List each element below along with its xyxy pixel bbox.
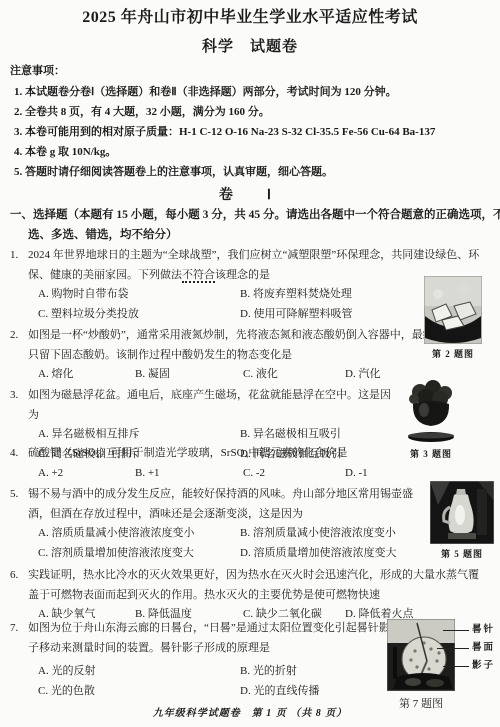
option-b: B. 光的折射 <box>240 662 297 682</box>
question-number: 6. <box>10 566 18 586</box>
figure-question-3: 第 3 题图 <box>400 380 462 460</box>
question-number: 1. <box>10 246 18 266</box>
stem-text: 该理念的是 <box>215 269 270 281</box>
option-a: A. 熔化 <box>38 365 135 385</box>
figure-caption: 第 5 题图 <box>430 548 494 560</box>
option-b: B. 异名磁极相互吸引 <box>240 425 341 445</box>
option-d: D. 溶质质量增加使溶液浓度变大 <box>240 544 396 564</box>
section-heading: 一、选择题（本题有 15 小题，每小题 3 分，共 45 分。请选出各题中一个符… <box>10 206 500 245</box>
question-5: 5. 锡不易与酒中的成分发生反应，能较好保持酒的风味。舟山部分地区常用锡壶盛酒，… <box>10 485 492 563</box>
option-c: C. 液化 <box>243 365 345 385</box>
option-d: D. -1 <box>345 464 368 484</box>
emphasized-text: 不符合 <box>182 269 215 283</box>
question-number: 2. <box>10 326 18 346</box>
question-stem: 硫酸锶（SrSO₄）可用于制造光学玻璃，SrSO₄中锶元素的化合价是 <box>28 444 398 464</box>
option-a: A. 溶质质量减小使溶液浓度变小 <box>38 524 240 544</box>
question-stem: 如图为磁悬浮花盆。通电后，底座产生磁场，花盆就能悬浮在空中。这是因为 <box>28 386 398 425</box>
notice-item: 5. 答题时请仔细阅读答题卷上的注意事项，认真审题，细心答题。 <box>14 162 492 182</box>
question-stem: 实践证明，热水比冷水的灭火效果更好，因为热水在灭火时会迅速汽化，形成的大量水蒸气… <box>28 566 483 605</box>
question-number: 5. <box>10 485 18 505</box>
exam-paper-page: 2025 年舟山市初中毕业生学业水平适应性考试 科学 试题卷 注意事项： 1. … <box>0 0 500 727</box>
question-1: 1. 2024 年世界地球日的主题为“全球战塑”，我们应树立“减塑限塑”环保理念… <box>10 246 492 324</box>
question-6: 6. 实践证明，热水比冷水的灭火效果更好，因为热水在灭火时会迅速汽化，形成的大量… <box>10 566 492 625</box>
question-stem: 2024 年世界地球日的主题为“全球战塑”，我们应树立“减塑限塑”环保理念，共同… <box>28 246 480 285</box>
figure-caption: 第 2 题图 <box>424 348 482 360</box>
notice-item: 4. 本卷 g 取 10N/kg。 <box>14 142 492 162</box>
notices-label: 注意事项： <box>10 62 65 82</box>
option-a: A. 异名磁极相互排斥 <box>38 425 240 445</box>
option-a: A. 购物时自带布袋 <box>38 285 240 305</box>
option-d: D. 光的直线传播 <box>240 682 319 702</box>
notices-list: 1. 本试题卷分卷Ⅰ（选择题）和卷Ⅱ（非选择题）两部分，考试时间为 120 分钟… <box>14 82 492 182</box>
volume-heading: 卷 Ⅰ <box>0 186 500 206</box>
question-number: 3. <box>10 386 18 406</box>
notice-item: 2. 全卷共 8 页，有 4 大题，32 小题，满分为 160 分。 <box>14 102 492 122</box>
option-d: D. 使用可降解塑料吸管 <box>240 305 352 325</box>
option-c: C. 溶剂质量增加使溶液浓度变大 <box>38 544 240 564</box>
label-shadow: 影子 <box>472 660 495 672</box>
label-leader-line <box>437 648 469 649</box>
label-leader-line <box>443 666 469 667</box>
question-2: 2. 如图是一杯“炒酸奶”，通常采用液氮炒制，先将液态氮和液态酸奶倒入容器中，最… <box>10 326 492 385</box>
tin-pot-photo <box>430 481 494 544</box>
notice-item: 1. 本试题卷分卷Ⅰ（选择题）和卷Ⅱ（非选择题）两部分，考试时间为 120 分钟… <box>14 82 492 102</box>
exam-title: 2025 年舟山市初中毕业生学业水平适应性考试 <box>0 8 500 28</box>
option-a: A. 光的反射 <box>38 662 240 682</box>
levitating-flowerpot-photo <box>400 380 462 444</box>
figure-question-5: 第 5 题图 <box>430 481 494 560</box>
question-stem: 如图是一杯“炒酸奶”，通常采用液氮炒制，先将液态氮和液态酸奶倒入容器中，最终只留… <box>28 326 440 365</box>
option-b: B. 凝固 <box>135 365 243 385</box>
question-stem: 如图为位于舟山东海云廊的日晷台，“日晷”是通过太阳位置变化引起晷针影子移动来测量… <box>28 619 390 658</box>
option-c: C. 塑料垃圾分类投放 <box>38 305 240 325</box>
figure-caption: 第 3 题图 <box>400 448 462 460</box>
fried-yogurt-photo <box>424 276 482 344</box>
question-number: 4. <box>10 444 18 464</box>
page-footer: 九年级科学试题卷 第 1 页 （共 8 页） <box>0 704 500 724</box>
option-d: D. 汽化 <box>345 365 380 385</box>
figure-question-2: 第 2 题图 <box>424 276 482 360</box>
exam-subtitle: 科学 试题卷 <box>0 38 500 58</box>
label-gnomon: 晷针 <box>472 624 495 636</box>
figure-question-7: 晷针 晷面 影子 第 7 题图 <box>387 619 500 711</box>
option-c: C. 光的色散 <box>38 682 240 702</box>
label-dial-face: 晷面 <box>472 642 495 654</box>
option-c: C. -2 <box>243 464 345 484</box>
option-b: B. +1 <box>135 464 243 484</box>
label-leader-line <box>443 630 469 631</box>
question-number: 7. <box>10 619 18 639</box>
option-a: A. +2 <box>38 464 135 484</box>
option-b: B. 将废弃塑料焚烧处理 <box>240 285 352 305</box>
option-b: B. 溶剂质量减小使溶液浓度变小 <box>240 524 396 544</box>
question-stem: 锡不易与酒中的成分发生反应，能较好保持酒的风味。舟山部分地区常用锡壶盛酒，但酒在… <box>28 485 428 524</box>
notice-item: 3. 本卷可能用到的相对原子质量：H-1 C-12 O-16 Na-23 S-3… <box>14 122 492 142</box>
